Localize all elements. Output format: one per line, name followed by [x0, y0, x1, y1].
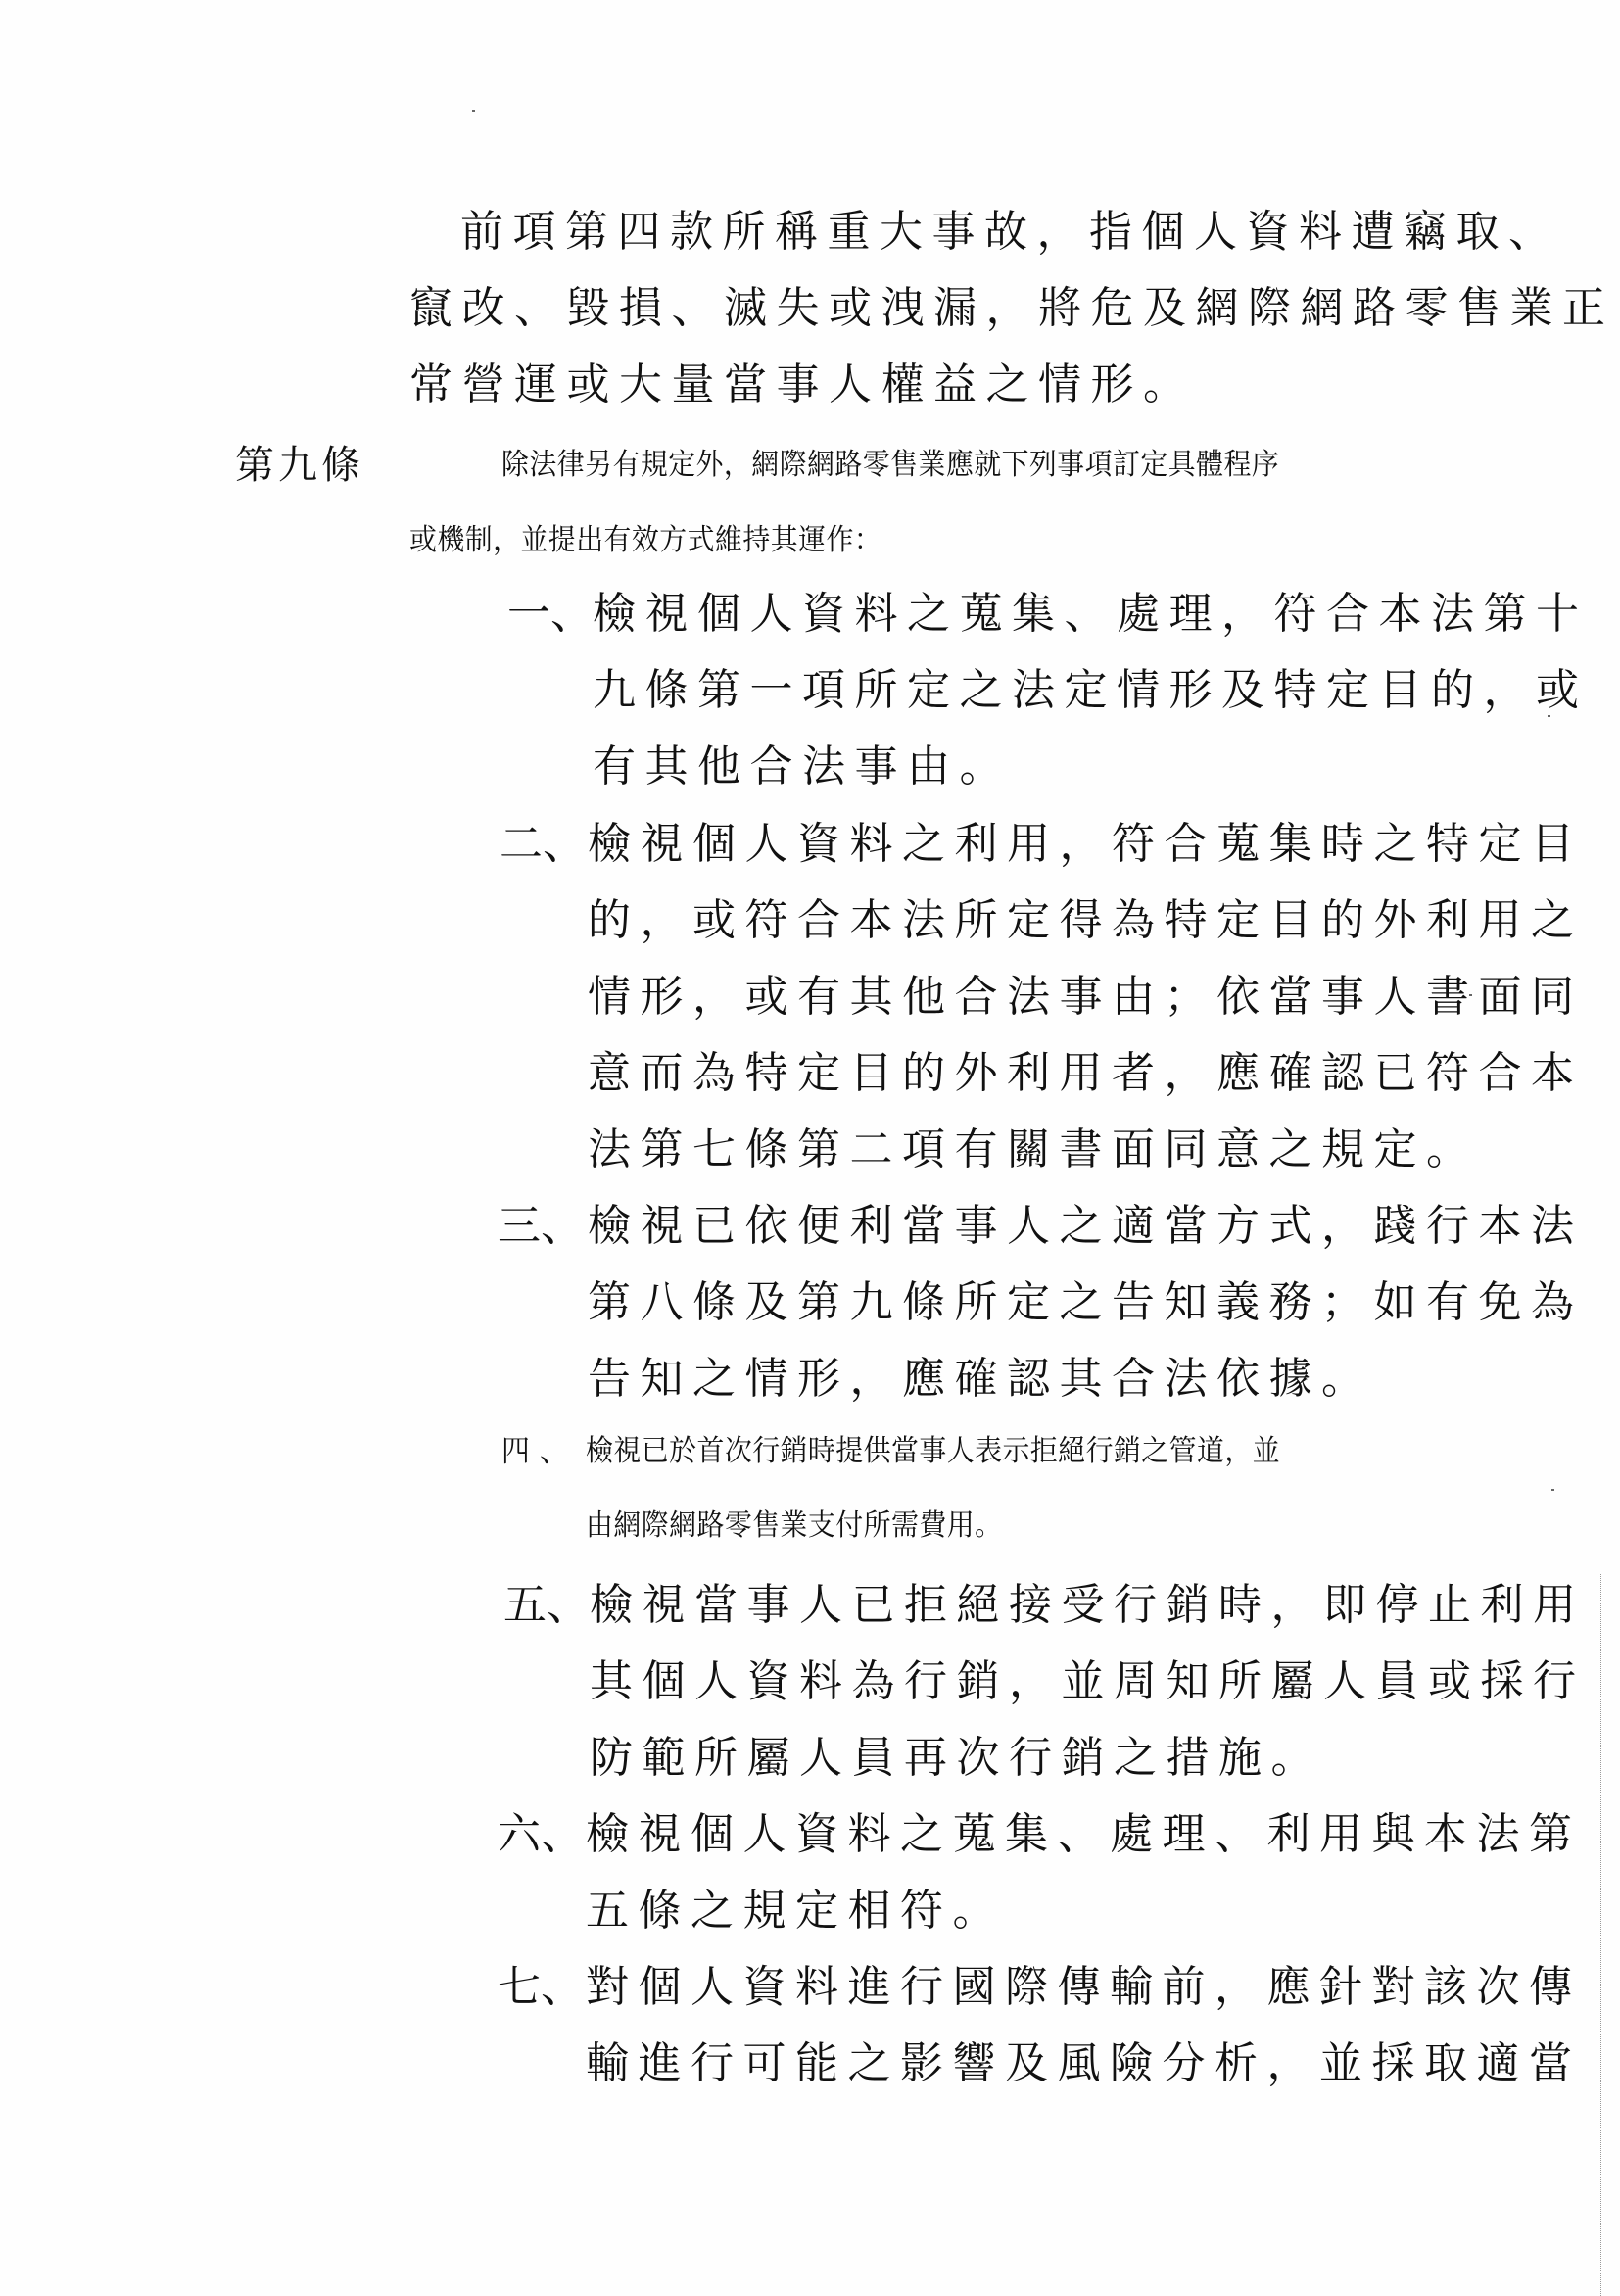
text-line: 檢視已依便利當事人之適當方式，踐行本法 [588, 1205, 1584, 1248]
text-line: 檢視個人資料之蒐集、處理，符合本法第十 [593, 593, 1589, 636]
text-line: 情形，或有其他合法事由；依當事人書面同 [588, 976, 1584, 1019]
text-line: 由網際網路零售業支付所需費用。 [586, 1511, 1002, 1541]
text-line: 九條第一項所定之法定情形及特定目的，或 [593, 669, 1589, 712]
article-intro-line: 或機制，並提出有效方式維持其運作： [409, 526, 881, 555]
text-line: 輸進行可能之影響及風險分析，並採取適當 [586, 2042, 1582, 2085]
list-item-marker: 二、 [500, 823, 586, 866]
list-item-marker: 五、 [503, 1584, 590, 1627]
scan-speck [1469, 994, 1472, 996]
text-line: 第八條及第九條所定之告知義務；如有免為 [588, 1281, 1584, 1324]
text-line: 的，或符合本法所定得為特定目的外利用之 [588, 899, 1584, 942]
text-line: 其個人資料為行銷，並周知所屬人員或採行 [590, 1660, 1586, 1703]
scan-speck [1548, 715, 1550, 717]
article-intro-line: 除法律另有規定外，網際網路零售業應就下列事項訂定具體程序 [501, 451, 1279, 480]
text-line: 有其他合法事由。 [593, 745, 1012, 789]
text-line: 防範所屬人員再次行銷之措施。 [590, 1737, 1323, 1780]
text-line: 檢視個人資料之蒐集、處理、利用與本法第 [586, 1813, 1582, 1856]
article-label: 第九條 [235, 446, 364, 485]
text-line: 前項第四款所稱重大事故，指個人資料遭竊取、 [460, 211, 1561, 254]
text-line: 檢視當事人已拒絕接受行銷時，即停止利用 [590, 1584, 1586, 1627]
text-line: 五條之規定相符。 [586, 1889, 1005, 1933]
text-line: 告知之情形，應確認其合法依據。 [588, 1358, 1374, 1401]
scan-speck [1551, 1489, 1554, 1491]
text-line: 檢視已於首次行銷時提供當事人表示拒絕行銷之管道，並 [586, 1437, 1280, 1466]
list-item-marker: 三、 [498, 1205, 584, 1248]
list-item-marker: 七、 [498, 1966, 584, 2009]
text-line: 常營運或大量當事人權益之情形。 [409, 363, 1196, 407]
text-line: 對個人資料進行國際傳輸前，應針對該次傳 [586, 1966, 1582, 2009]
scan-edge-artifact [1600, 1574, 1602, 2296]
list-item-marker: 一、 [507, 593, 594, 636]
text-line: 檢視個人資料之利用，符合蒐集時之特定目 [588, 823, 1584, 866]
list-item-marker: 四 、 [501, 1437, 568, 1467]
scan-speck [472, 110, 475, 112]
text-line: 法第七條第二項有關書面同意之規定。 [588, 1128, 1479, 1172]
scanned-document-page: 前項第四款所稱重大事故，指個人資料遭竊取、 竄改、毀損、滅失或洩漏，將危及網際網… [0, 0, 1620, 2296]
list-item-marker: 六、 [498, 1813, 584, 1856]
text-line: 意而為特定目的外利用者，應確認已符合本 [588, 1052, 1584, 1095]
text-line: 竄改、毀損、滅失或洩漏，將危及網際網路零售業正 [409, 287, 1615, 330]
